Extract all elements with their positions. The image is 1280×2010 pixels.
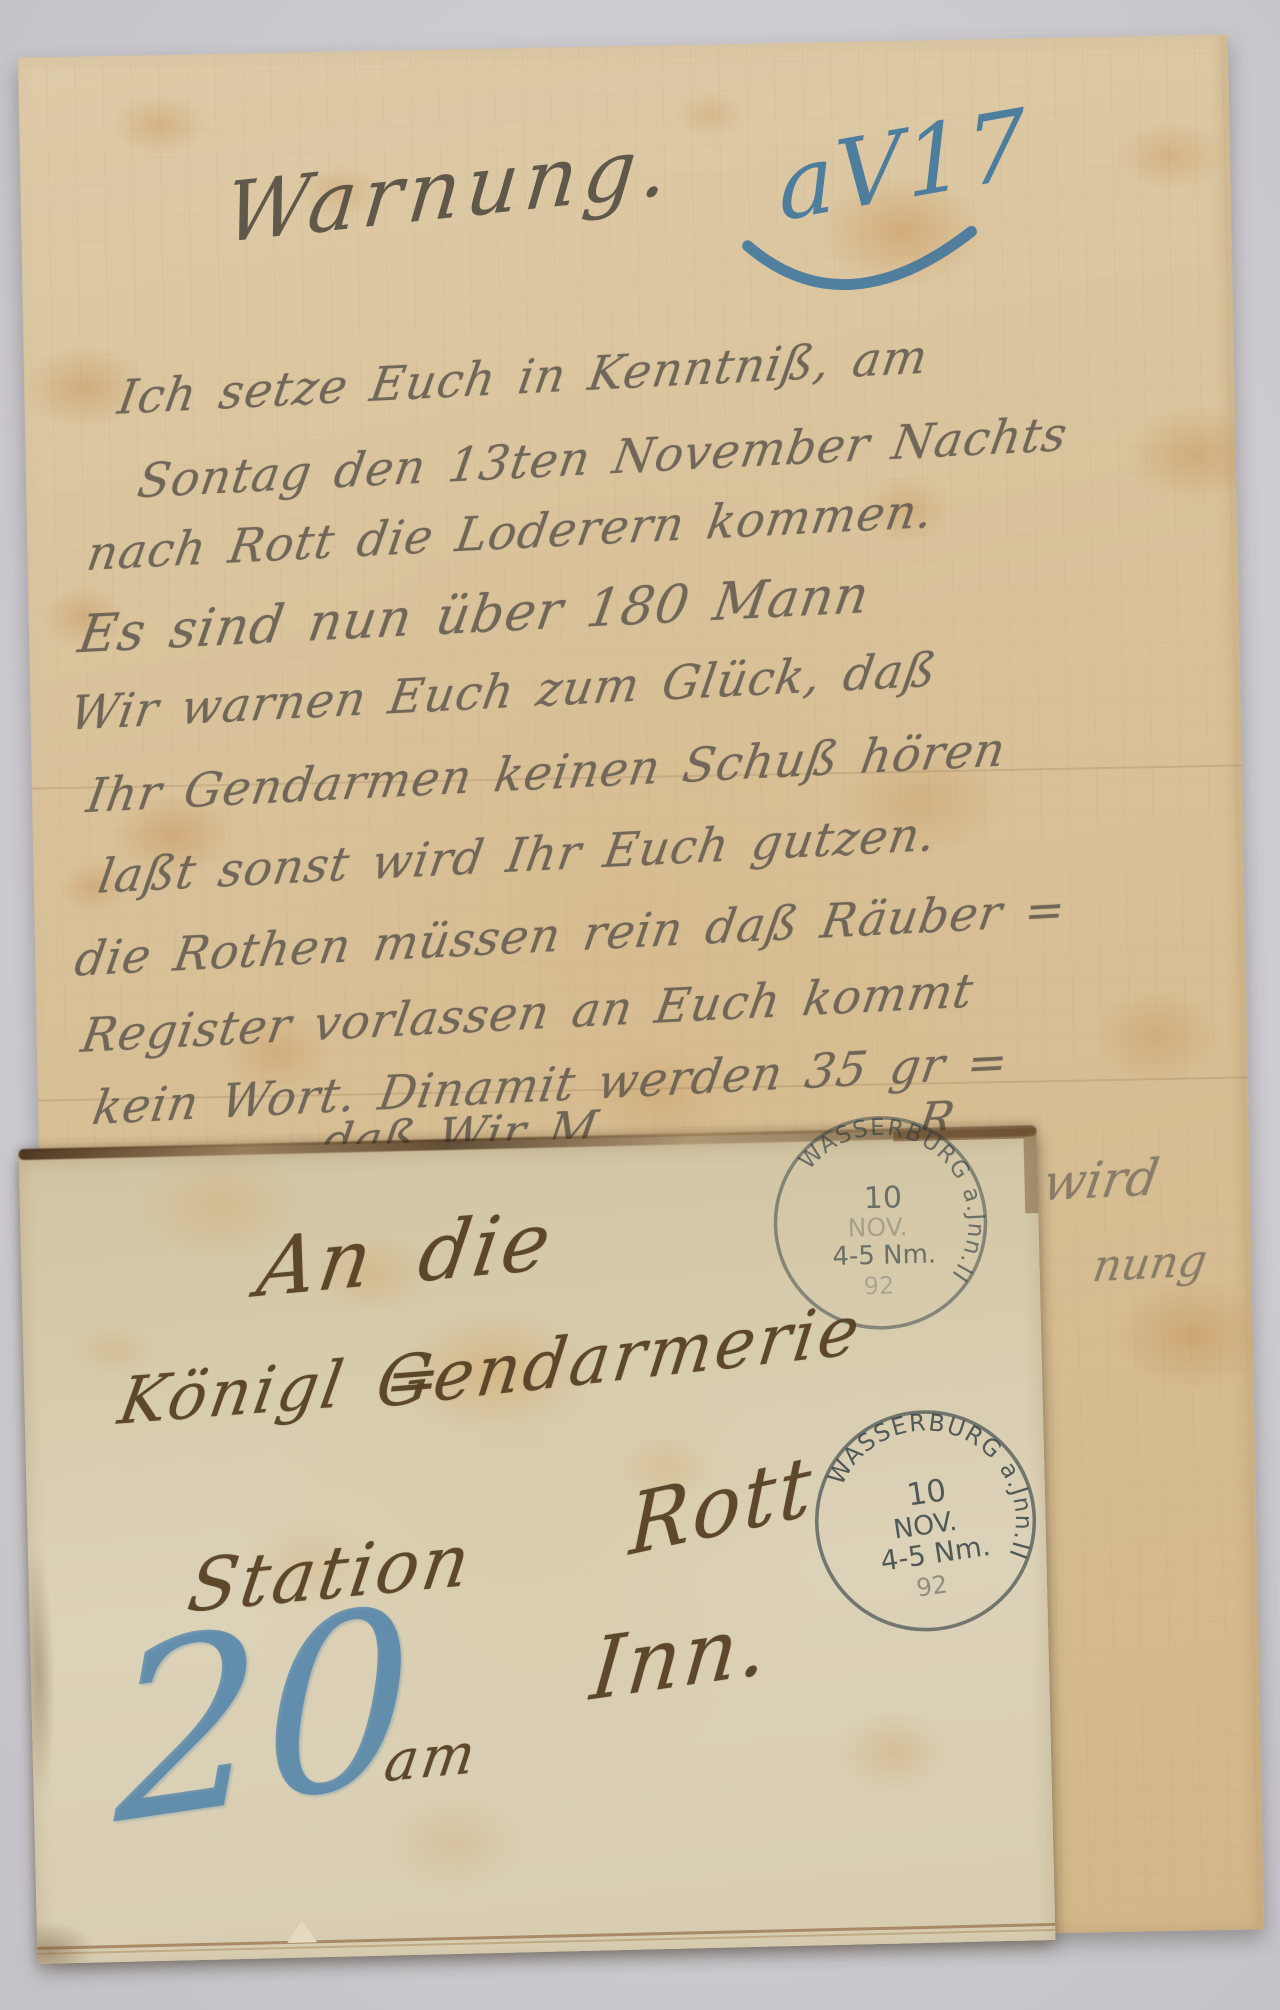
envelope-bottom-fold <box>37 1923 1055 1950</box>
blue-underline-swoosh-icon <box>733 219 985 324</box>
photo-background: aV17 Warnung. Ich setze Euch in Kenntniß… <box>0 0 1280 2010</box>
postmark-month: NOV. <box>847 1212 907 1242</box>
letter-fragment-right: wird <box>1040 1152 1163 1208</box>
address-line-gendarmerie: Gendarmerie <box>372 1296 865 1419</box>
envelope-bottom-fold <box>37 1929 1055 1955</box>
address-line-inn: Inn. <box>587 1600 774 1712</box>
envelope-flap-tip <box>287 1920 318 1943</box>
address-line-to: An die <box>253 1201 559 1310</box>
letter-line: Ihr Gendarmen keinen Schuß hören <box>84 726 1010 820</box>
postmark-wasserburg-lower: WASSERBURG a.Jnn.II 10 NOV. 4-5 Nm. 92 <box>805 1400 1046 1641</box>
letter-line: Es sind nun über 180 Mann <box>75 569 873 661</box>
postage-due-mark: 20 <box>113 1575 414 1859</box>
letter-line: Ich setze Euch in Kenntniß, am <box>115 333 932 421</box>
envelope: WASSERBURG a.Jnn.II 10 NOV. 4-5 Nm. 92 W… <box>19 1128 1056 1964</box>
letter-line: Wir warnen Euch zum Glück, daß <box>67 646 940 737</box>
address-line-rott: Rott <box>628 1444 815 1569</box>
letter-title: Warnung. <box>222 125 678 256</box>
postmark-year: 92 <box>914 1569 949 1602</box>
postmark-time: 4-5 Nm. <box>832 1240 936 1272</box>
letter-line: laßt sonst wird Ihr Euch gutzen. <box>95 811 940 901</box>
postmark-year: 92 <box>863 1272 894 1301</box>
letter-fragment-right: nung <box>1090 1239 1210 1289</box>
blue-archive-mark: aV17 <box>775 96 1032 236</box>
postmark-day: 10 <box>863 1180 902 1216</box>
